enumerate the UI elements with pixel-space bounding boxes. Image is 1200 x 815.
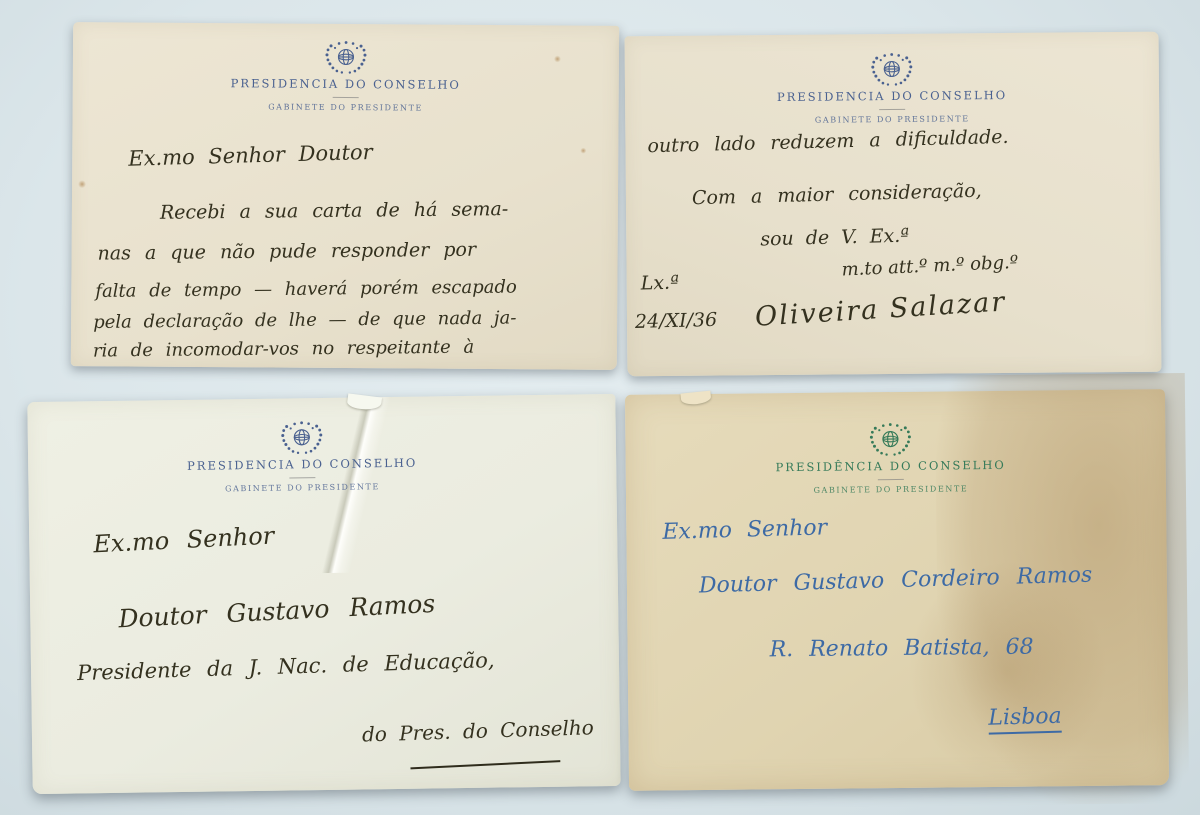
- city-underlined: Lisboa: [988, 704, 1062, 735]
- office-name: GABINETE DO PRESIDENTE: [625, 113, 1159, 127]
- torn-flap: [347, 393, 382, 411]
- org-name: PRESIDENCIA DO CONSELHO: [625, 87, 1159, 106]
- handwriting-line: m.to att.º m.º obg.º: [841, 254, 1018, 280]
- stain: [907, 560, 1109, 782]
- address-line: Ex.mo Senhor: [93, 524, 275, 557]
- letterhead-rule: [289, 477, 315, 478]
- underline-flourish: [410, 760, 560, 769]
- handwriting-line: falta de tempo — haverá porém escapado: [95, 279, 517, 301]
- foxing-spot: [580, 148, 586, 154]
- handwriting-line: pela declaração de lhe — de que nada ja-: [93, 310, 516, 332]
- date-line: 24/XI/36: [635, 311, 718, 332]
- handwriting-line: nas a que não pude responder por: [98, 241, 477, 264]
- office-name: GABINETE DO PRESIDENTE: [626, 482, 1156, 497]
- place-line: Lx.ª: [640, 274, 679, 294]
- handwriting-line: outro lado reduzem a dificuldade.: [647, 128, 1008, 156]
- address-line: Doutor Gustavo Ramos: [118, 591, 436, 631]
- letterhead-rule: [879, 109, 905, 110]
- org-name: PRESIDENCIA DO CONSELHO: [28, 453, 576, 475]
- armillary-crest-icon: [279, 420, 325, 455]
- handwriting-line: Com a maior consideração,: [692, 182, 982, 209]
- handwriting-line: Recebi a sua carta de há sema-: [160, 200, 508, 223]
- office-name: GABINETE DO PRESIDENTE: [73, 101, 619, 114]
- foxing-spot: [78, 180, 86, 188]
- letter-card-top-left: PRESIDENCIA DO CONSELHO GABINETE DO PRES…: [71, 22, 619, 370]
- letterhead-rule: [333, 97, 359, 98]
- letterhead: PRESIDENCIA DO CONSELHO GABINETE DO PRES…: [73, 38, 619, 114]
- envelope-bottom-left: PRESIDENCIA DO CONSELHO GABINETE DO PRES…: [27, 394, 620, 794]
- letter-card-top-right: PRESIDENCIA DO CONSELHO GABINETE DO PRES…: [625, 32, 1162, 377]
- torn-flap: [680, 391, 711, 406]
- address-line: Lisboa: [988, 706, 1062, 730]
- envelope-bottom-right: PRESIDÊNCIA DO CONSELHO GABINETE DO PRES…: [625, 389, 1169, 791]
- address-line: do Pres. do Conselho: [362, 717, 594, 744]
- office-name: GABINETE DO PRESIDENTE: [28, 479, 576, 496]
- org-name: PRESIDÊNCIA DO CONSELHO: [626, 456, 1156, 476]
- signature: Oliveira Salazar: [754, 288, 1007, 330]
- armillary-crest-icon: [867, 422, 913, 456]
- armillary-crest-icon: [323, 40, 369, 74]
- handwriting-line: sou de V. Ex.ª: [760, 227, 909, 250]
- foxing-spot: [554, 55, 561, 62]
- armillary-crest-icon: [869, 52, 915, 86]
- letterhead-rule: [878, 479, 904, 480]
- letterhead: PRESIDENCIA DO CONSELHO GABINETE DO PRES…: [28, 416, 577, 496]
- handwriting-line: Ex.mo Senhor Doutor: [128, 142, 373, 170]
- address-line: Ex.mo Senhor: [662, 517, 827, 544]
- handwriting-line: ria de incomodar-vos no respeitante à: [93, 339, 474, 361]
- org-name: PRESIDENCIA DO CONSELHO: [73, 75, 619, 93]
- letterhead: PRESIDENCIA DO CONSELHO GABINETE DO PRES…: [625, 50, 1160, 127]
- address-line: Presidente da J. Nac. de Educação,: [77, 650, 495, 684]
- letterhead: PRESIDÊNCIA DO CONSELHO GABINETE DO PRES…: [625, 419, 1156, 497]
- address-line: R. Renato Batista, 68: [770, 637, 1034, 662]
- address-line: Doutor Gustavo Cordeiro Ramos: [699, 565, 1093, 598]
